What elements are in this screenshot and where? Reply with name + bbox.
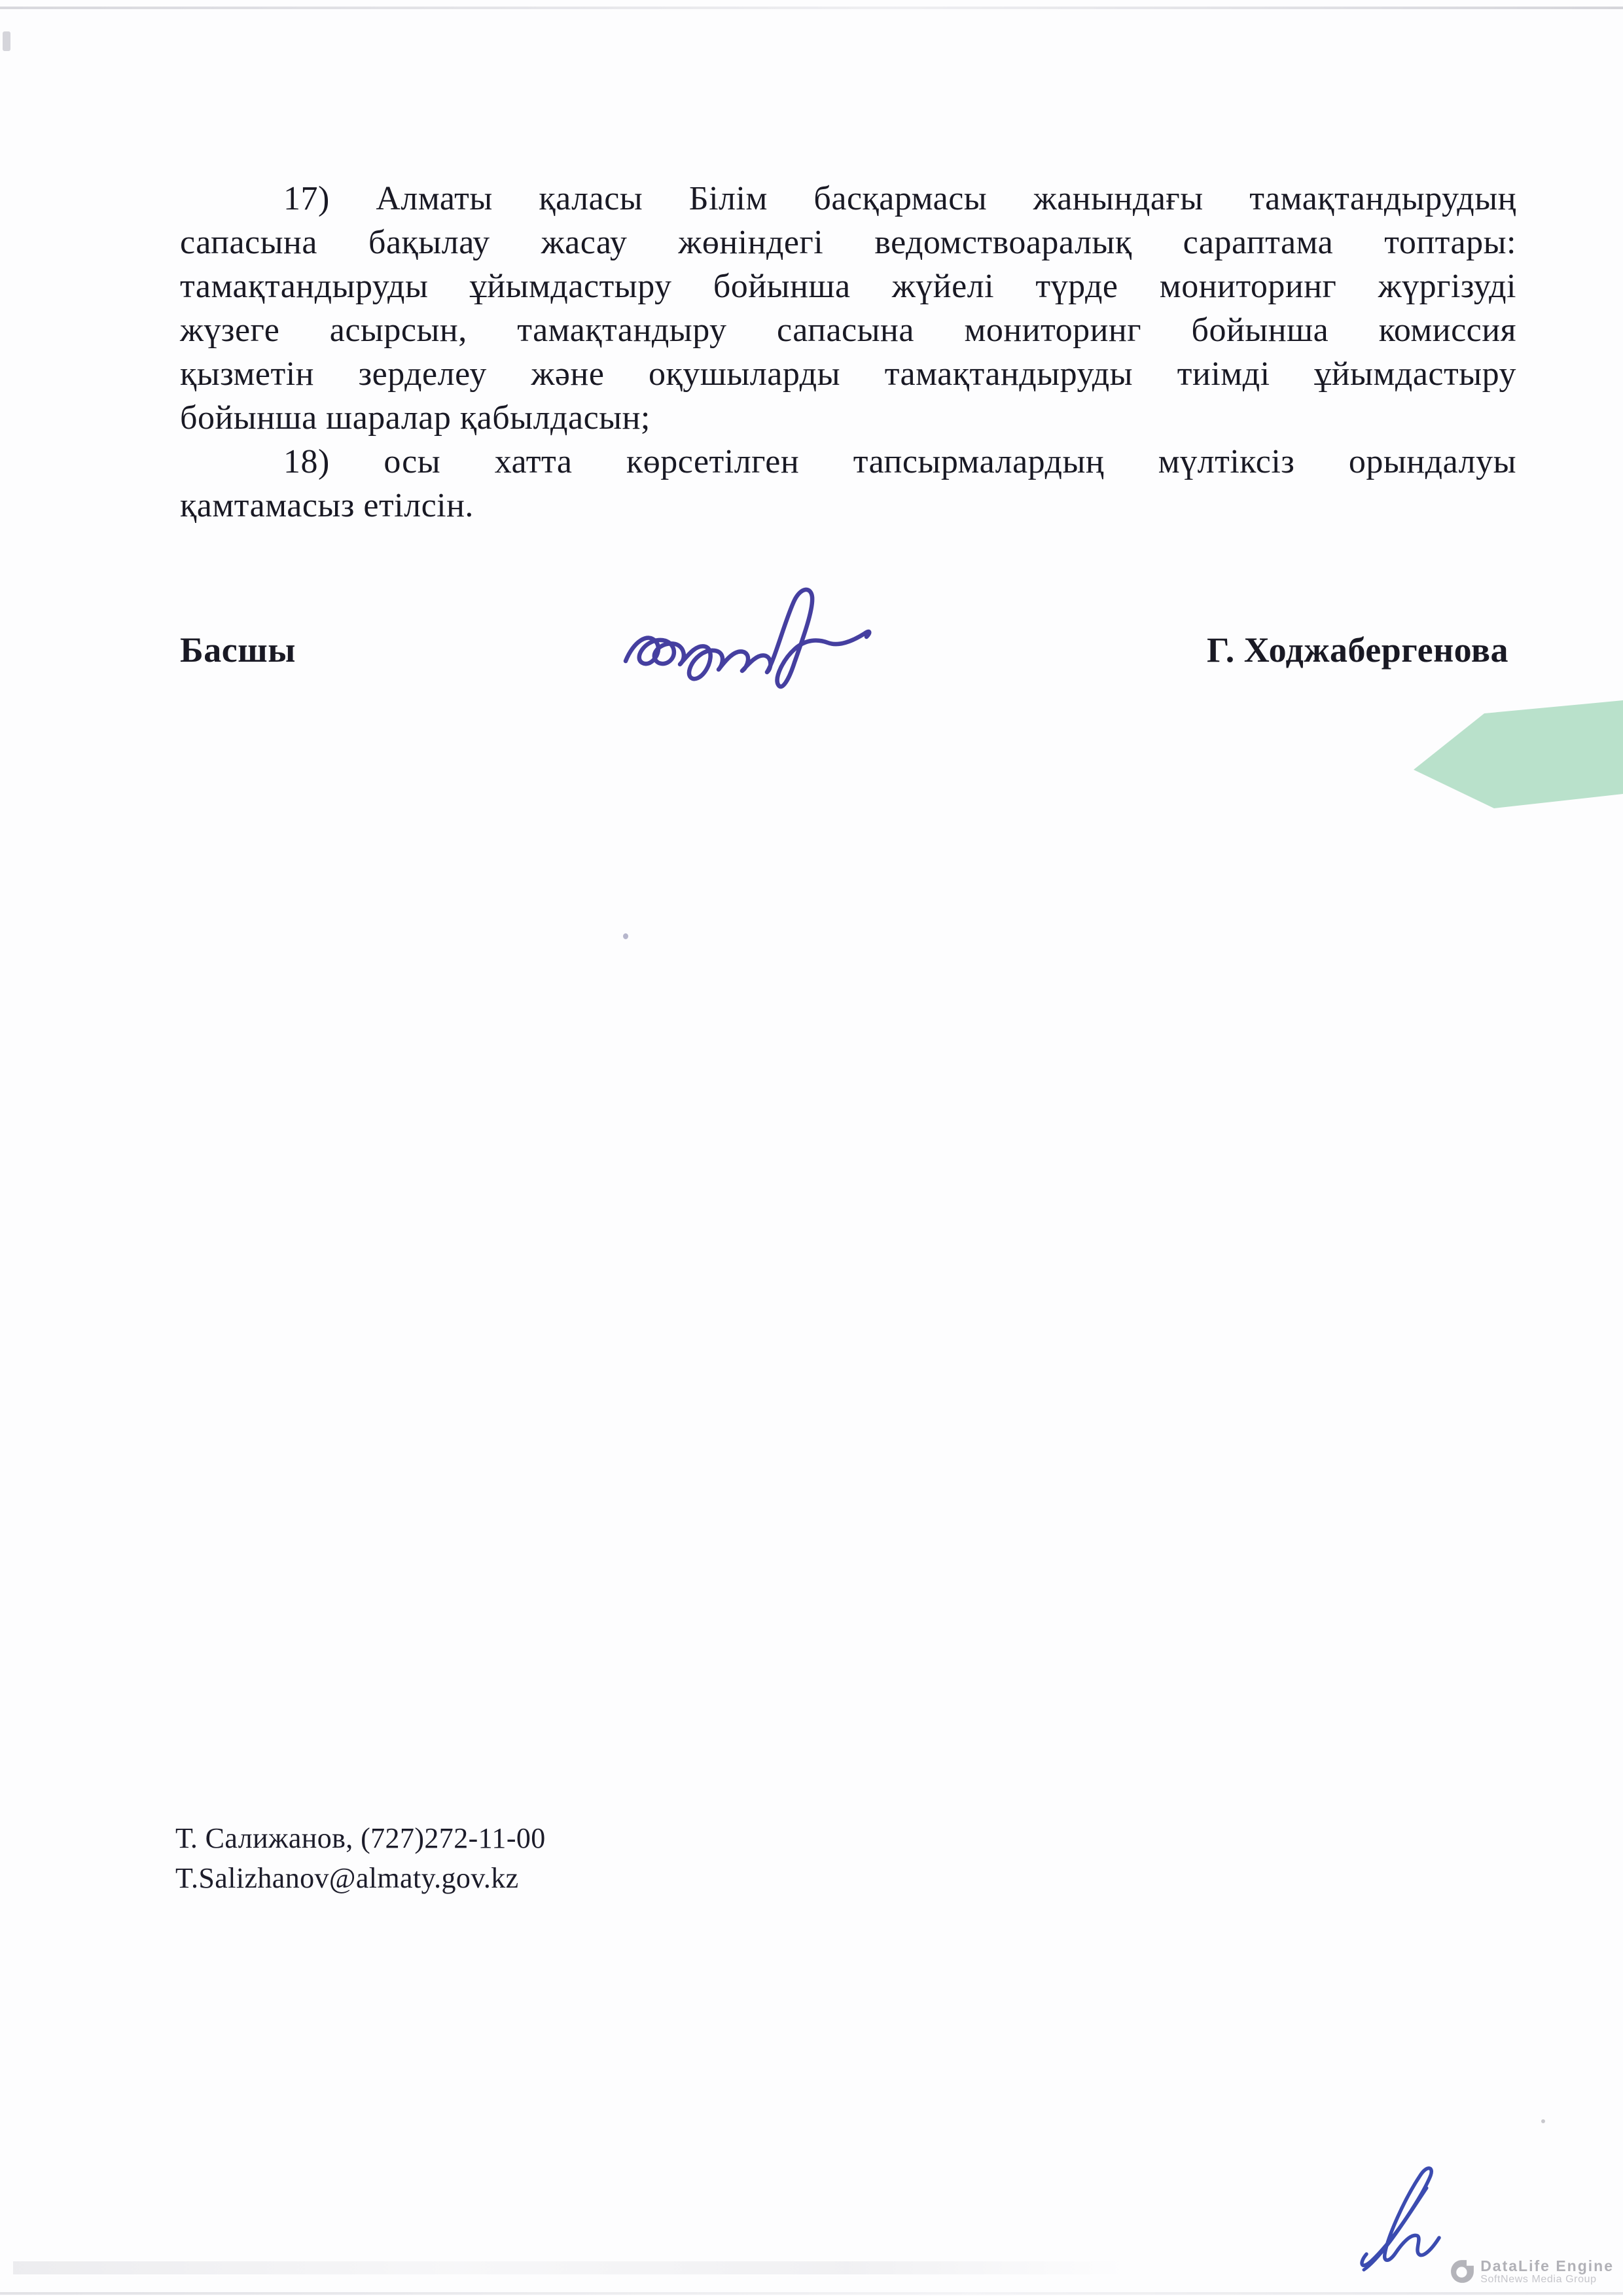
paragraph-line: қамтамасыз етілсін.	[180, 484, 1516, 528]
contact-person-phone: Т. Салижанов, (727)272-11-00	[175, 1818, 546, 1858]
contact-email: T.Salizhanov@almaty.gov.kz	[175, 1858, 546, 1898]
scan-artifact-corner-mark	[3, 31, 10, 51]
scanned-letter-page: 17) Алматы қаласы Білім басқармасы жанын…	[0, 0, 1623, 2296]
watermark-text: DataLife Engine SoftNews Media Group	[1480, 2258, 1614, 2286]
signature-handwritten	[614, 581, 882, 709]
paragraph-line: бойынша шаралар қабылдасын;	[180, 396, 1516, 440]
scan-artifact-smudge	[13, 2261, 1126, 2274]
datalife-watermark: DataLife Engine SoftNews Media Group	[1450, 2258, 1614, 2286]
scan-artifact-top-line	[0, 7, 1623, 9]
scan-speck	[623, 933, 628, 939]
paragraph-line: 17) Алматы қаласы Білім басқармасы жанын…	[180, 177, 1516, 221]
paragraph-line: қызметін зерделеу және оқушыларды тамақт…	[180, 352, 1516, 396]
contact-block: Т. Салижанов, (727)272-11-00 T.Salizhano…	[175, 1818, 546, 1898]
signer-title: Басшы	[180, 630, 296, 670]
paragraph-line: 18) осы хатта көрсетілген тапсырмалардың…	[180, 440, 1516, 484]
paragraph-line: тамақтандыруды ұйымдастыру бойынша жүйел…	[180, 264, 1516, 308]
paragraph-18: 18) осы хатта көрсетілген тапсырмалардың…	[180, 440, 1516, 528]
paragraph-line: жүзеге асырсын, тамақтандыру сапасына мо…	[180, 308, 1516, 352]
paragraph-17: 17) Алматы қаласы Білім басқармасы жанын…	[180, 177, 1516, 440]
watermark-subtitle: SoftNews Media Group	[1480, 2274, 1614, 2286]
signer-name: Г. Ходжабергенова	[1207, 630, 1508, 670]
letter-body: 17) Алматы қаласы Білім басқармасы жанын…	[180, 177, 1516, 528]
green-arrow-highlight	[1407, 692, 1623, 814]
datalife-logo-icon	[1450, 2259, 1474, 2284]
scan-speck	[1541, 2119, 1545, 2123]
signature-small	[1347, 2157, 1455, 2275]
paragraph-line: сапасына бақылау жасау жөніндегі ведомст…	[180, 221, 1516, 264]
scan-artifact-bottom-line	[0, 2292, 1623, 2295]
watermark-title: DataLife Engine	[1480, 2258, 1614, 2274]
